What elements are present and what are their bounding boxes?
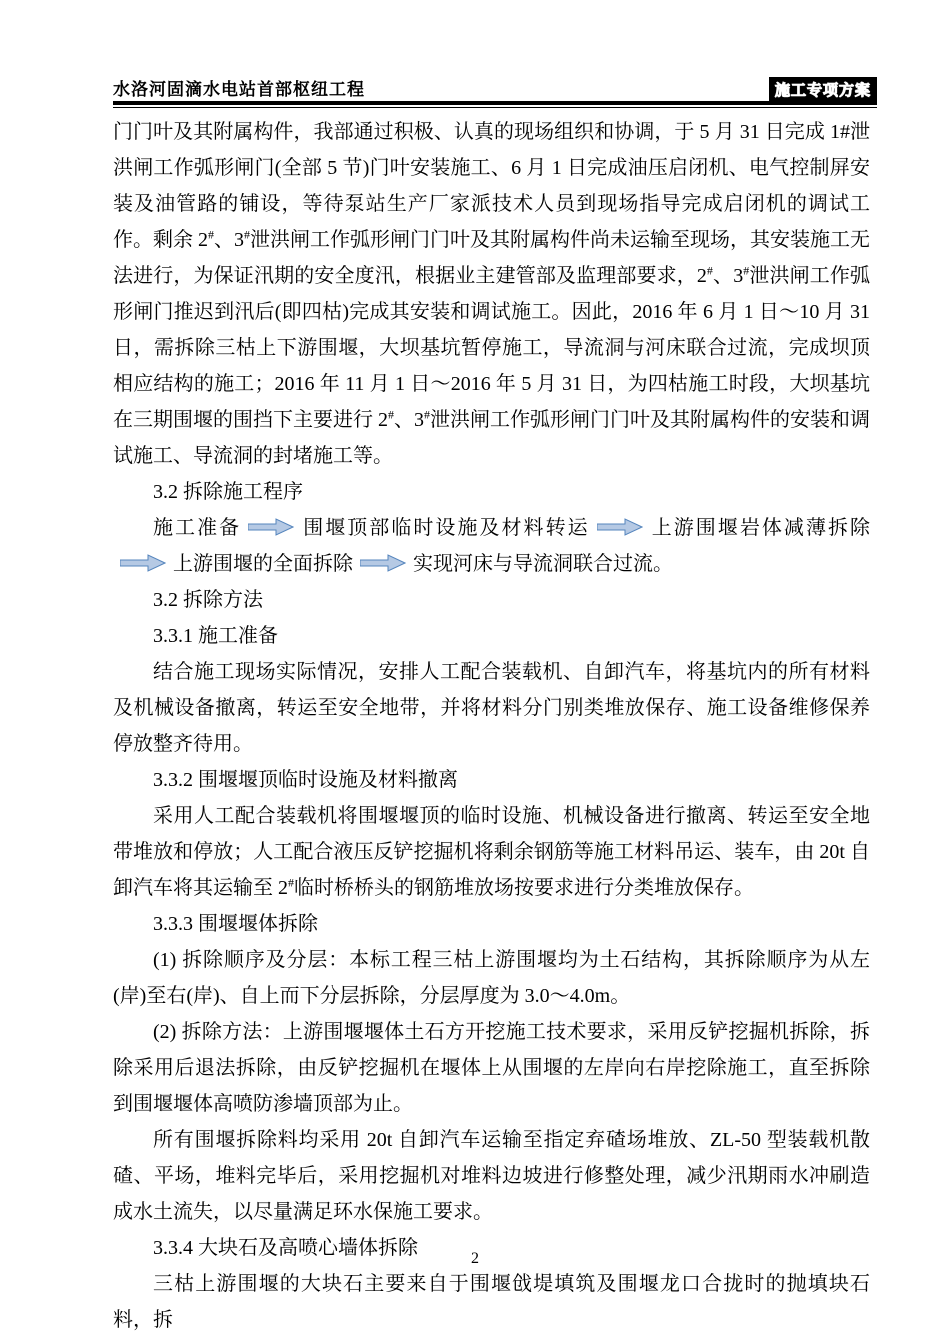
section-heading: 3.2 拆除方法 (113, 582, 870, 618)
paragraph: 采用人工配合装载机将围堰堰顶的临时设施、机械设备进行撤离、转运至安全地带堆放和停… (113, 798, 870, 906)
flow-arrow-icon (597, 518, 643, 536)
paragraph: (2) 拆除方法：上游围堰堰体土石方开挖施工技术要求，采用反铲挖掘机拆除，拆除采… (113, 1014, 870, 1122)
paragraph: 结合施工现场实际情况，安排人工配合装载机、自卸汽车，将基坑内的所有材料及机械设备… (113, 654, 870, 762)
document-content: 门门叶及其附属构件，我部通过积极、认真的现场组织和协调，于 5 月 31 日完成… (113, 114, 870, 1338)
section-heading: 3.3.2 围堰堰顶临时设施及材料撤离 (113, 762, 870, 798)
flow-arrow-icon (360, 554, 406, 572)
page-number: 2 (0, 1250, 950, 1268)
procedure-flow: 施工准备围堰顶部临时设施及材料转运上游围堰岩体减薄拆除上游围堰的全面拆除实现河床… (113, 510, 870, 582)
section-heading: 3.3.1 施工准备 (113, 618, 870, 654)
text-segment: 临时桥桥头的钢筋堆放场按要求进行分类堆放保存。 (294, 877, 754, 899)
page-header: 水洛河固滴水电站首部枢纽工程 施工专项方案 (113, 78, 877, 102)
flow-step: 实现河床与导流洞联合过流。 (413, 553, 673, 575)
text-segment: 、3 (394, 409, 424, 431)
header-badge-label: 施工专项方案 (775, 79, 871, 100)
text-segment: 三枯上游围堰的大块石主要来自于围堰戗堤填筑及围堰龙口合拢时的抛填块石料，拆 (113, 1273, 870, 1331)
document-page: 水洛河固滴水电站首部枢纽工程 施工专项方案 门门叶及其附属构件，我部通过积极、认… (0, 0, 950, 1344)
text-segment: (1) 拆除顺序及分层：本标工程三枯上游围堰均为土石结构，其拆除顺序为从左(岸)… (113, 949, 870, 1007)
text-segment: (2) 拆除方法：上游围堰堰体土石方开挖施工技术要求，采用反铲挖掘机拆除，拆除采… (113, 1021, 870, 1115)
flow-step: 上游围堰岩体减薄拆除 (650, 517, 870, 539)
text-segment: 、3 (214, 229, 244, 251)
paragraph: 所有围堰拆除料均采用 20t 自卸汽车运输至指定弃碴场堆放、ZL-50 型装载机… (113, 1122, 870, 1230)
flow-step: 上游围堰的全面拆除 (173, 553, 353, 575)
flow-step: 施工准备 (153, 517, 241, 539)
text-segment: 结合施工现场实际情况，安排人工配合装载机、自卸汽车，将基坑内的所有材料及机械设备… (113, 661, 870, 755)
header-rule-thin (113, 107, 877, 108)
text-segment: 、3 (713, 265, 743, 287)
flow-step: 围堰顶部临时设施及材料转运 (301, 517, 590, 539)
flow-arrow-icon (248, 518, 294, 536)
header-project-title: 水洛河固滴水电站首部枢纽工程 (113, 75, 365, 100)
section-heading: 3.2 拆除施工程序 (113, 474, 870, 510)
header-badge: 施工专项方案 (769, 77, 877, 102)
header-rule-thick (113, 101, 877, 105)
section-heading: 3.3.3 围堰堰体拆除 (113, 906, 870, 942)
text-segment: 所有围堰拆除料均采用 20t 自卸汽车运输至指定弃碴场堆放、ZL-50 型装载机… (113, 1129, 870, 1223)
paragraph: (1) 拆除顺序及分层：本标工程三枯上游围堰均为土石结构，其拆除顺序为从左(岸)… (113, 942, 870, 1014)
text-segment: 泄洪闸工作弧形闸门推迟到汛后(即四枯)完成其安装和调试施工。因此，2016 年 … (113, 265, 870, 431)
flow-arrow-icon (120, 554, 166, 572)
paragraph: 三枯上游围堰的大块石主要来自于围堰戗堤填筑及围堰龙口合拢时的抛填块石料，拆 (113, 1266, 870, 1338)
paragraph: 门门叶及其附属构件，我部通过积极、认真的现场组织和协调，于 5 月 31 日完成… (113, 114, 870, 474)
